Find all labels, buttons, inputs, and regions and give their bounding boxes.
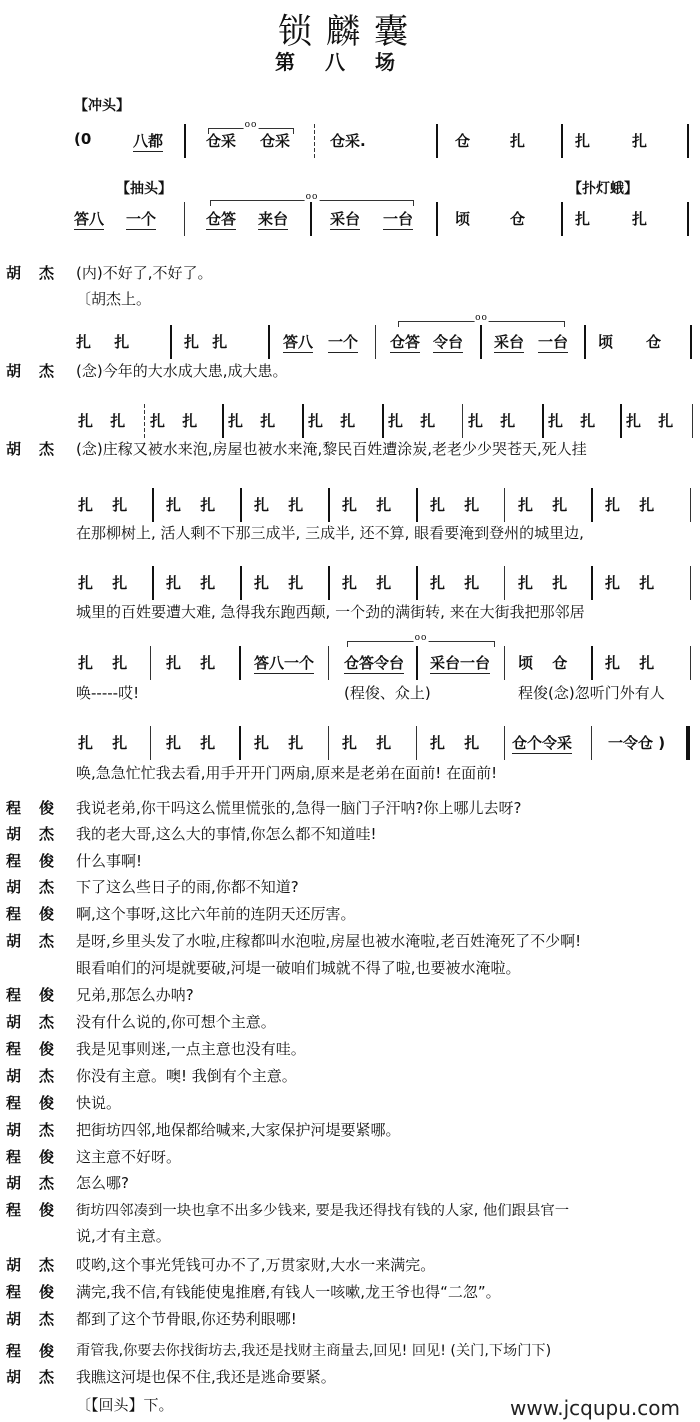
beat-cell: 扎 扎 [166,652,215,673]
bar-line [240,566,242,600]
bar-line [328,566,330,600]
speaker-label: 程俊 [6,1038,72,1059]
bar-line [436,124,438,158]
beat-cell: 扎 扎 [430,494,479,515]
tie-bracket: oo [210,200,414,206]
beat-cell: 扎 扎 [150,410,197,431]
dialogue-line: 我的老大哥,这么大的事情,你怎么都不知道哇! [76,823,377,844]
bar-line [692,404,693,438]
dialogue-line: 我说老弟,你干吗这么慌里慌张的,急得一脑门子汗呐?你上哪儿去呀? [76,797,521,818]
beat-cell: 扎 扎 [78,572,127,593]
beat-cell: 扎 扎 [518,494,567,515]
beat-cell: 答八 [74,208,104,230]
dialogue-line: 说,才有主意。 [76,1225,171,1246]
bar-line [480,325,482,359]
beat-cell: 扎 扎 [388,410,435,431]
bar-line [328,646,329,680]
dialogue-line: 啊,这个事呀,这比六年前的连阴天还厉害。 [76,903,356,924]
dialogue-line: 没有什么说的,你可想个主意。 [76,1011,276,1032]
dialogue-line: (念)今年的大水成大患,成大患。 [76,360,287,381]
bar-line [436,202,438,236]
watermark: www.jcqupu.com [510,1396,680,1420]
speaker-label: 胡杰 [6,360,72,381]
dialogue-line: 快说。 [76,1092,121,1113]
bar-line [239,726,241,760]
dialogue-line: 我瞧这河堤也保不住,我还是逃命要紧。 [76,1366,336,1387]
bar-line [150,646,151,680]
speaker-label: 胡杰 [6,1172,72,1193]
speaker-label: 程俊 [6,1199,72,1220]
beat-cell: 采台一台 [430,652,490,674]
beat-cell: 扎 扎 [228,410,275,431]
percussion-row: 扎 扎 扎 扎 扎 扎 扎 扎 扎 扎 仓个令采 一令仓 ) [0,726,700,762]
speaker-label: 程俊 [6,850,72,871]
beat-cell: 扎 扎 [605,652,654,673]
bar-line [690,566,691,600]
beat-cell: 扎 扎 [166,572,215,593]
beat-cell: 扎 扎 [184,331,227,352]
bar-line [416,488,418,522]
beat-cell: 扎 扎 [548,410,595,431]
dialogue-line: 街坊四邻凑到一块也拿不出多少钱来, 要是我还得找有钱的人家, 他们跟县官一 [76,1199,569,1220]
beat-cell: 扎 扎 [342,572,391,593]
beat-cell: 扎 扎 [605,494,654,515]
percussion-row: 扎 扎 扎 扎 扎 扎 扎 扎 扎 扎 扎 扎 扎 扎 [0,566,700,602]
beat-cell: 扎 扎 [78,494,127,515]
beat-cell: 一台 [383,208,413,230]
beat-cell: (0 [74,130,91,148]
stage-direction: (程俊、众上) [344,682,431,703]
beat-cell: 一个 [328,331,358,353]
beat-cell: 答八 [283,331,313,353]
beat-cell: 令台 [433,331,463,353]
dialogue-line: 是呀,乡里头发了水啦,庄稼都叫水泡啦,房屋也被水淹啦,老百姓淹死了不少啊! [76,930,581,951]
beat-cell: 扎 扎 [605,572,654,593]
bar-line [504,726,505,760]
dialogue-line: 我是见事则迷,一点主意也没有哇。 [76,1038,306,1059]
beat-cell: 仓答 [390,331,420,353]
lyric-line: 唤-----哎! [76,682,139,703]
bar-line [375,325,376,359]
speaker-label: 程俊 [6,1281,72,1302]
beat-cell: 扎 扎 [166,494,215,515]
bar-line [690,646,691,680]
bar-line [504,646,505,680]
speaker-label: 胡杰 [6,876,72,897]
beat-cell: 采台 [330,208,360,230]
percussion-row: (0 八都 oo 仓采 仓采 仓采. 仓 扎 扎 扎 [0,124,700,160]
bar-line [170,325,172,359]
speaker-label: 胡杰 [6,438,72,459]
beat-cell: 顷 [455,208,470,229]
bar-line [184,124,186,158]
bar-line [462,404,463,438]
dialogue-line: 这主意不好呀。 [76,1146,181,1167]
bar-line [690,488,691,522]
dialogue-line: 下了这么些日子的雨,你都不知道? [76,876,299,897]
beat-cell: 扎 扎 [468,410,515,431]
beat-cell: 仓答 [206,208,236,230]
bar-line [152,566,154,600]
beat-cell: 仓 [646,331,661,352]
bar-line [302,404,304,438]
speaker-label: 程俊 [6,1092,72,1113]
bar-line [144,404,145,438]
beat-cell: 扎 扎 [254,732,303,753]
speaker-label: 胡杰 [6,262,72,283]
percussion-row: 扎 扎 扎 扎 答八一个 oo 仓答令台 采台一台 顷 仓 扎 扎 [0,646,700,682]
dialogue-line: 什么事啊! [76,850,142,871]
beat-cell: 顷 仓 [518,652,567,673]
dialogue-line: 满完,我不信,有钱能使鬼推磨,有钱人一咳嗽,龙王爷也得“二忽”。 [76,1281,501,1302]
cue-chongtou: 【冲头】 [74,95,130,115]
bar-line [591,566,593,600]
beat-cell: 扎 [632,208,647,229]
bar-line [542,404,544,438]
bar-line [584,325,586,359]
bar-line [504,566,505,600]
beat-cell: 扎 [632,130,647,151]
beat-cell: 扎 扎 [254,494,303,515]
beat-cell: 扎 扎 [254,572,303,593]
bar-line [561,124,563,158]
percussion-row: 扎 扎 扎 扎 扎 扎 扎 扎 扎 扎 扎 扎 扎 扎 扎 扎 [0,404,700,440]
speaker-label: 胡杰 [6,1366,72,1387]
bar-line [152,488,154,522]
beat-cell: 仓 [455,130,470,151]
speaker-label: 胡杰 [6,823,72,844]
speaker-label: 胡杰 [6,1065,72,1086]
bar-line [416,726,417,760]
bar-line [687,202,689,236]
speaker-label: 胡杰 [6,1119,72,1140]
beat-cell: 顷 [598,331,613,352]
beat-cell: 仓个令采 [512,732,572,754]
cue-choutou: 【抽头】 [116,178,172,198]
bar-line [314,124,315,158]
beat-cell: 仓采. [330,130,366,151]
bar-line [591,488,593,522]
bar-line [687,124,689,158]
bar-line [222,404,224,438]
beat-cell: 仓采 [206,130,236,151]
beat-cell: 一台 [538,331,568,353]
dialogue-line: 怎么哪? [76,1172,129,1193]
bar-line [690,325,692,359]
beat-cell: 扎 扎 [342,494,391,515]
dialogue-line: 你没有主意。噢! 我倒有个主意。 [76,1065,297,1086]
bar-line [268,325,270,359]
beat-cell: 扎 扎 [342,732,391,753]
bar-line [239,646,241,680]
dialogue-line: (内)不好了,不好了。 [76,262,212,283]
percussion-row: 答八 一个 oo 仓答 来台 采台 一台 顷 仓 扎 扎 [0,202,700,238]
speaker-label: 程俊 [6,1146,72,1167]
dialogue-line: (念)庄稼又被水来泡,房屋也被水来淹,黎民百姓遭涂炭,老老少少哭苍天,死人挂 [76,438,587,459]
speaker-label: 胡杰 [6,1011,72,1032]
beat-cell: 扎 扎 [166,732,215,753]
speaker-label: 胡杰 [6,1308,72,1329]
bar-line [382,404,384,438]
beat-cell: 一令仓 ) [608,732,665,753]
beat-cell: 扎 [510,130,525,151]
bar-line [620,404,622,438]
beat-cell: 扎 扎 [308,410,355,431]
dialogue-line: 甭管我,你要去你找街坊去,我还是找财主商量去,回见! 回见! (关门,下场门下) [76,1340,551,1360]
dialogue-line: 哎哟,这个事光凭钱可办不了,万贯家财,大水一来满完。 [76,1254,435,1275]
beat-cell: 仓 [510,208,525,229]
beat-cell: 答八一个 [254,652,314,674]
cue-pudenge: 【扑灯蛾】 [568,178,638,198]
speaker-label: 胡杰 [6,1254,72,1275]
bar-line [416,566,418,600]
dialogue-line: 兄弟,那怎么办呐? [76,984,194,1005]
speaker-label: 程俊 [6,797,72,818]
bar-line [328,488,330,522]
beat-cell: 扎 [575,208,590,229]
beat-cell: 一个 [126,208,156,230]
beat-cell: 来台 [258,208,288,230]
lyric-line: 在那柳树上, 活人剩不下那三成半, 三成半, 还不算, 眼看要淹到登州的城里边, [76,522,584,543]
beat-cell: 扎 扎 [78,732,127,753]
beat-cell: 扎 扎 [76,331,129,352]
beat-cell: 采台 [494,331,524,353]
dialogue-line: 眼看咱们的河堤就要破,河堤一破咱们城就不得了啦,也要被水淹啦。 [76,957,521,978]
bar-line [328,726,329,760]
lyric-line: 程俊(念)忽听门外有人 [518,682,665,703]
beat-cell: 扎 扎 [430,732,479,753]
percussion-row: 扎 扎 扎 扎 答八 一个 oo 仓答 令台 采台 一台 顷 仓 [0,325,700,361]
scene-title: 第八场 [0,46,700,75]
tie-bracket: oo [347,641,495,647]
stage-direction: 〔【回头】下。 [76,1394,174,1415]
beat-cell: 仓采 [260,130,290,151]
bar-line [504,488,505,522]
speaker-label: 程俊 [6,984,72,1005]
bar-line [591,726,592,760]
beat-cell: 扎 扎 [78,410,125,431]
bar-line [561,202,563,236]
lyric-line: 唤,急急忙忙我去看,用手开开门两扇,原来是老弟在面前! 在面前! [76,762,497,783]
bar-line [416,646,418,680]
lyric-line: 城里的百姓要遭大难, 急得我东跑西颠, 一个劲的满街转, 来在大街我把那邻居 [76,601,585,622]
bar-line [591,646,593,680]
beat-cell: 扎 扎 [518,572,567,593]
bar-line [240,488,242,522]
beat-cell: 扎 扎 [626,410,673,431]
bar-line [184,202,185,236]
speaker-label: 程俊 [6,1340,72,1361]
beat-cell: 扎 扎 [78,652,127,673]
dialogue-line: 把街坊四邻,地保都给喊来,大家保护河堤要紧哪。 [76,1119,401,1140]
bar-line [150,726,151,760]
beat-cell: 扎 扎 [430,572,479,593]
percussion-row: 扎 扎 扎 扎 扎 扎 扎 扎 扎 扎 扎 扎 扎 扎 [0,488,700,524]
beat-cell: 仓答令台 [344,652,404,674]
stage-direction: 〔胡杰上。 [76,288,151,309]
beat-cell: 扎 [575,130,590,151]
bar-line [310,202,312,236]
speaker-label: 程俊 [6,903,72,924]
dialogue-line: 都到了这个节骨眼,你还势利眼哪! [76,1308,297,1329]
end-bar-line [686,726,690,760]
speaker-label: 胡杰 [6,930,72,951]
beat-cell: 八都 [133,130,163,152]
